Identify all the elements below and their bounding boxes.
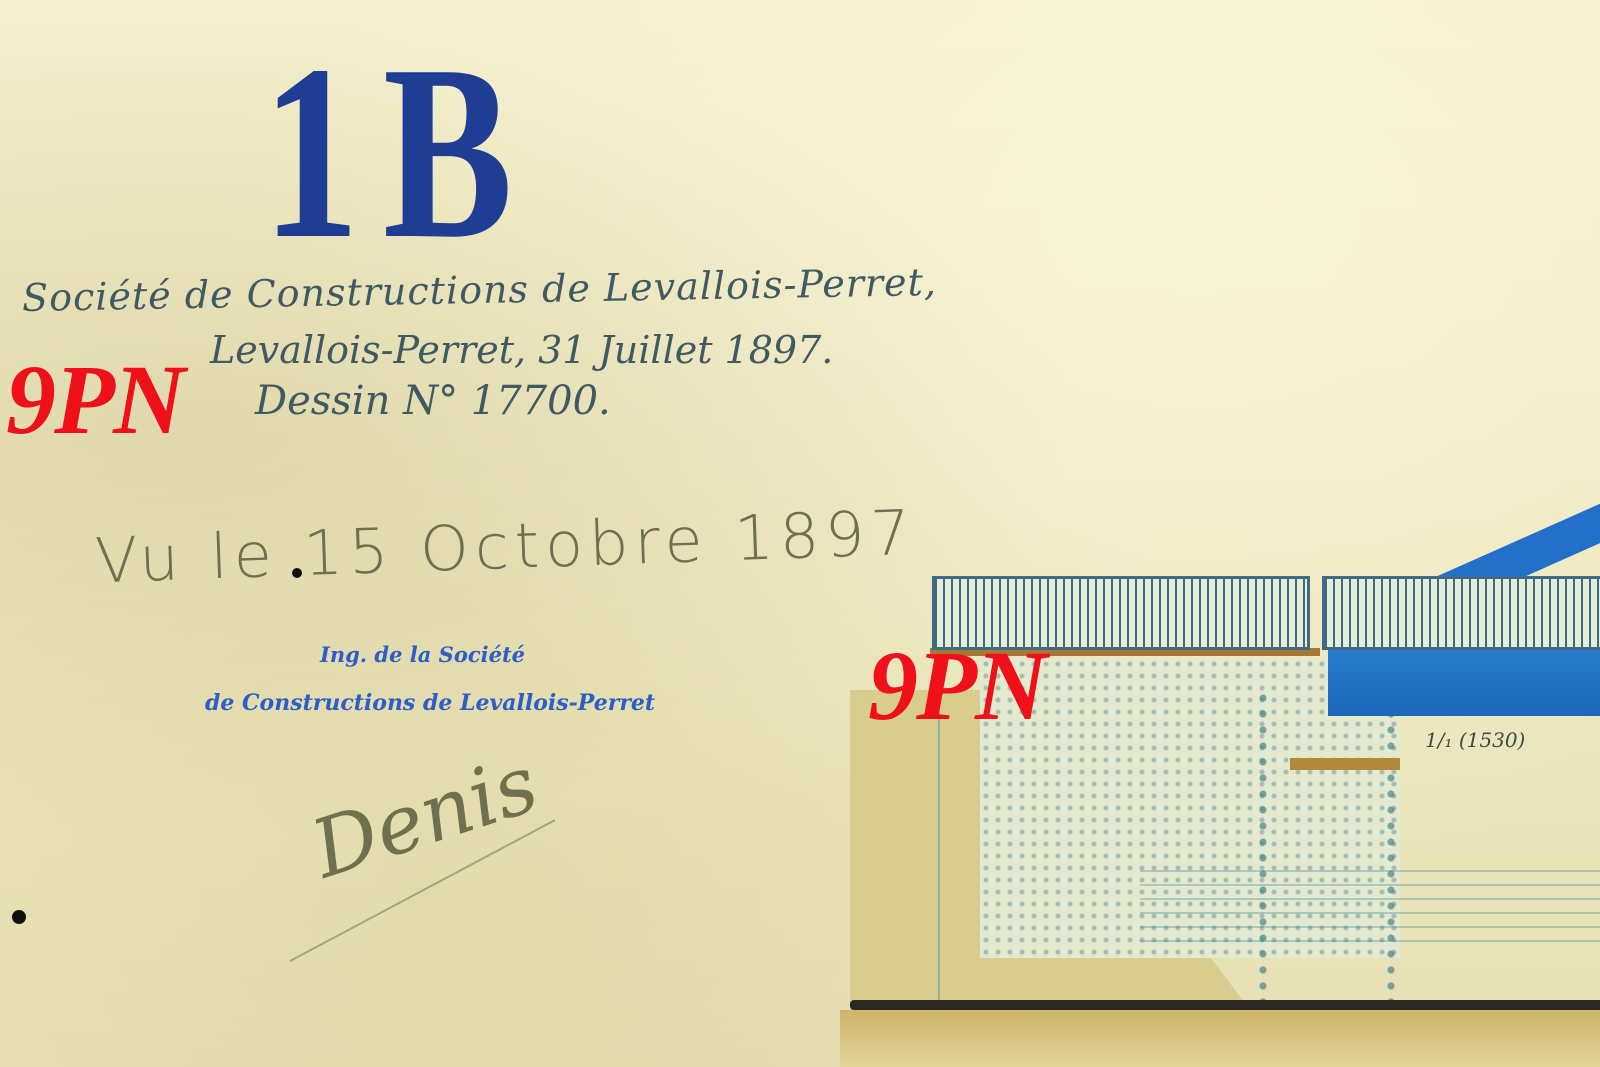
stamp-line-1: Ing. de la Société (320, 642, 525, 667)
railing-right (1322, 576, 1600, 650)
header-line-place-date: Levallois-Perret, 31 Juillet 1897. (210, 328, 833, 372)
header-line-drawing-number: Dessin N° 17700. (255, 378, 611, 424)
sheet-mark: 1B (262, 28, 536, 278)
ink-dot (292, 568, 302, 578)
stamp-line-2: de Constructions de Levallois-Perret (205, 690, 655, 716)
bearing (1290, 758, 1400, 770)
watermark: 9PN (6, 350, 183, 450)
water-lines (1140, 870, 1600, 950)
steel-girder (1328, 640, 1600, 716)
soil (840, 1010, 1600, 1067)
ground-line (850, 1000, 1600, 1010)
scale-note: 1/₁ (1530) (1425, 728, 1525, 752)
punch-hole (12, 910, 26, 924)
watermark: 9PN (868, 636, 1045, 736)
pile (1252, 690, 1274, 1010)
pile (1380, 690, 1402, 1010)
